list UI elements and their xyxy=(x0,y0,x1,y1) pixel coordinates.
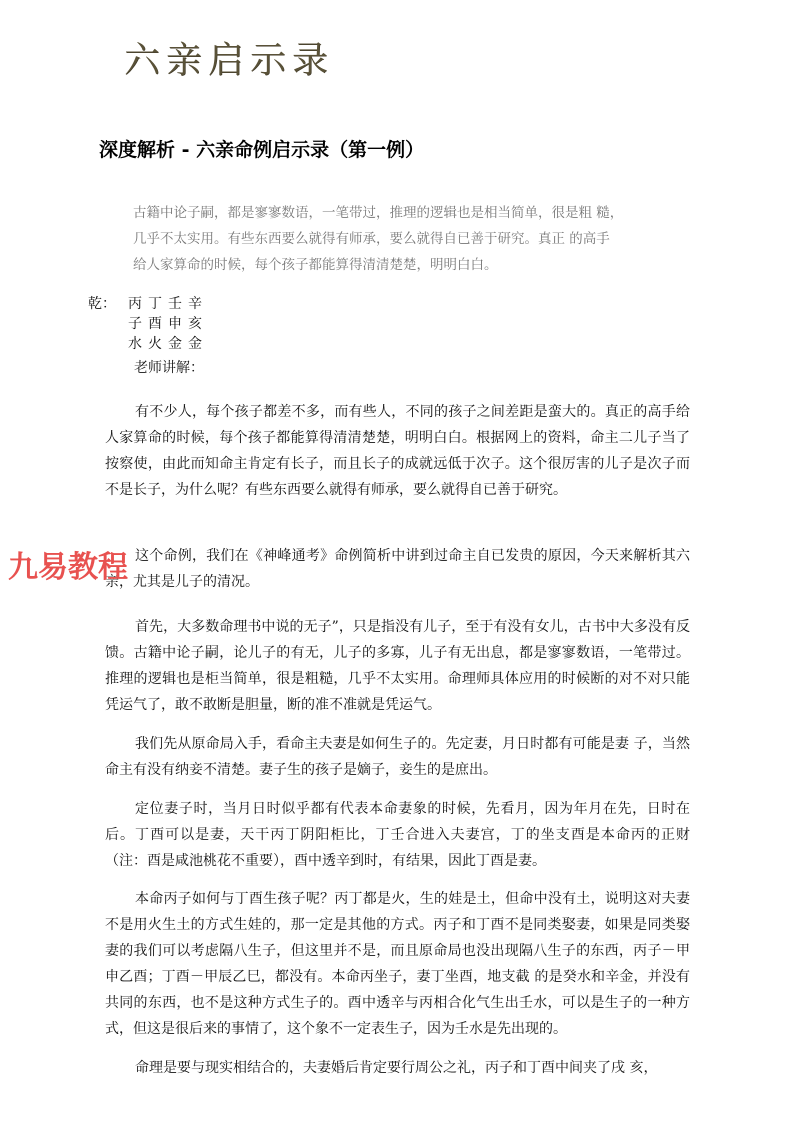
stem: 丁 xyxy=(148,294,168,314)
paragraph: 首先，大多数命理书中说的无子”，只是指没有儿子，至于有没有女儿，古书中大多没有反… xyxy=(105,614,690,718)
branch: 亥 xyxy=(188,314,208,334)
quote-line: 给人家算命的时候，每个孩子都能算得清清楚楚，明明白白。 xyxy=(133,252,673,278)
stem: 壬 xyxy=(168,294,188,314)
document-title: 六亲启示录 xyxy=(124,32,334,83)
stem: 丙 xyxy=(128,294,148,314)
bazi-chart: 乾： 丙 丁 壬 辛 子 酉 申 亥 水 火 金 金 xyxy=(88,294,208,354)
branch: 申 xyxy=(168,314,188,334)
quote-block: 古籍中论子嗣，都是寥寥数语，一笔带过，推理的逻辑也是相当简单，很是粗 糙， 几乎… xyxy=(133,200,673,278)
element: 火 xyxy=(148,334,168,354)
paragraph: 我们先从原命局入手，看命主夫妻是如何生子的。先定妻，月日时都有可能是妻 子，当然… xyxy=(105,731,690,783)
element: 水 xyxy=(128,334,148,354)
element: 金 xyxy=(188,334,208,354)
stems-row: 乾： 丙 丁 壬 辛 xyxy=(88,294,208,314)
paragraph: 命理是要与现实相结合的，夫妻婚后肯定要行周公之礼，丙子和丁酉中间夹了戌 亥， xyxy=(105,1055,690,1081)
paragraph: 这个命例，我们在《神峰通考》命例简析中讲到过命主自已发贵的原因，今天来解析其六亲… xyxy=(105,543,690,595)
branch: 子 xyxy=(128,314,148,334)
stem: 辛 xyxy=(188,294,208,314)
quote-line: 古籍中论子嗣，都是寥寥数语，一笔带过，推理的逻辑也是相当简单，很是粗 糙， xyxy=(133,200,673,226)
paragraph: 有不少人，每个孩子都差不多，而有些人，不同的孩子之间差距是蛮大的。真正的高手给人… xyxy=(105,399,690,503)
paragraph: 本命丙子如何与丁酉生孩子呢？丙丁都是火，生的娃是土，但命中没有土，说明这对夫妻不… xyxy=(105,886,690,1042)
section-heading: 深度解析 - 六亲命例启示录（第一例） xyxy=(99,135,424,162)
watermark-logo: 九易教程 xyxy=(8,542,128,586)
paragraph: 定位妻子时，当月日时似乎都有代表本命妻象的时候，先看月，因为年月在先，日时在后。… xyxy=(105,796,690,874)
branches-row: 子 酉 申 亥 xyxy=(88,314,208,334)
element: 金 xyxy=(168,334,188,354)
quote-line: 几乎不太实用。有些东西要么就得有师承，要么就得自已善于研究。真正 的高手 xyxy=(133,226,673,252)
chart-label: 乾： xyxy=(88,294,128,314)
branch: 酉 xyxy=(148,314,168,334)
elements-row: 水 火 金 金 xyxy=(88,334,208,354)
teacher-label: 老师讲解： xyxy=(134,357,204,377)
